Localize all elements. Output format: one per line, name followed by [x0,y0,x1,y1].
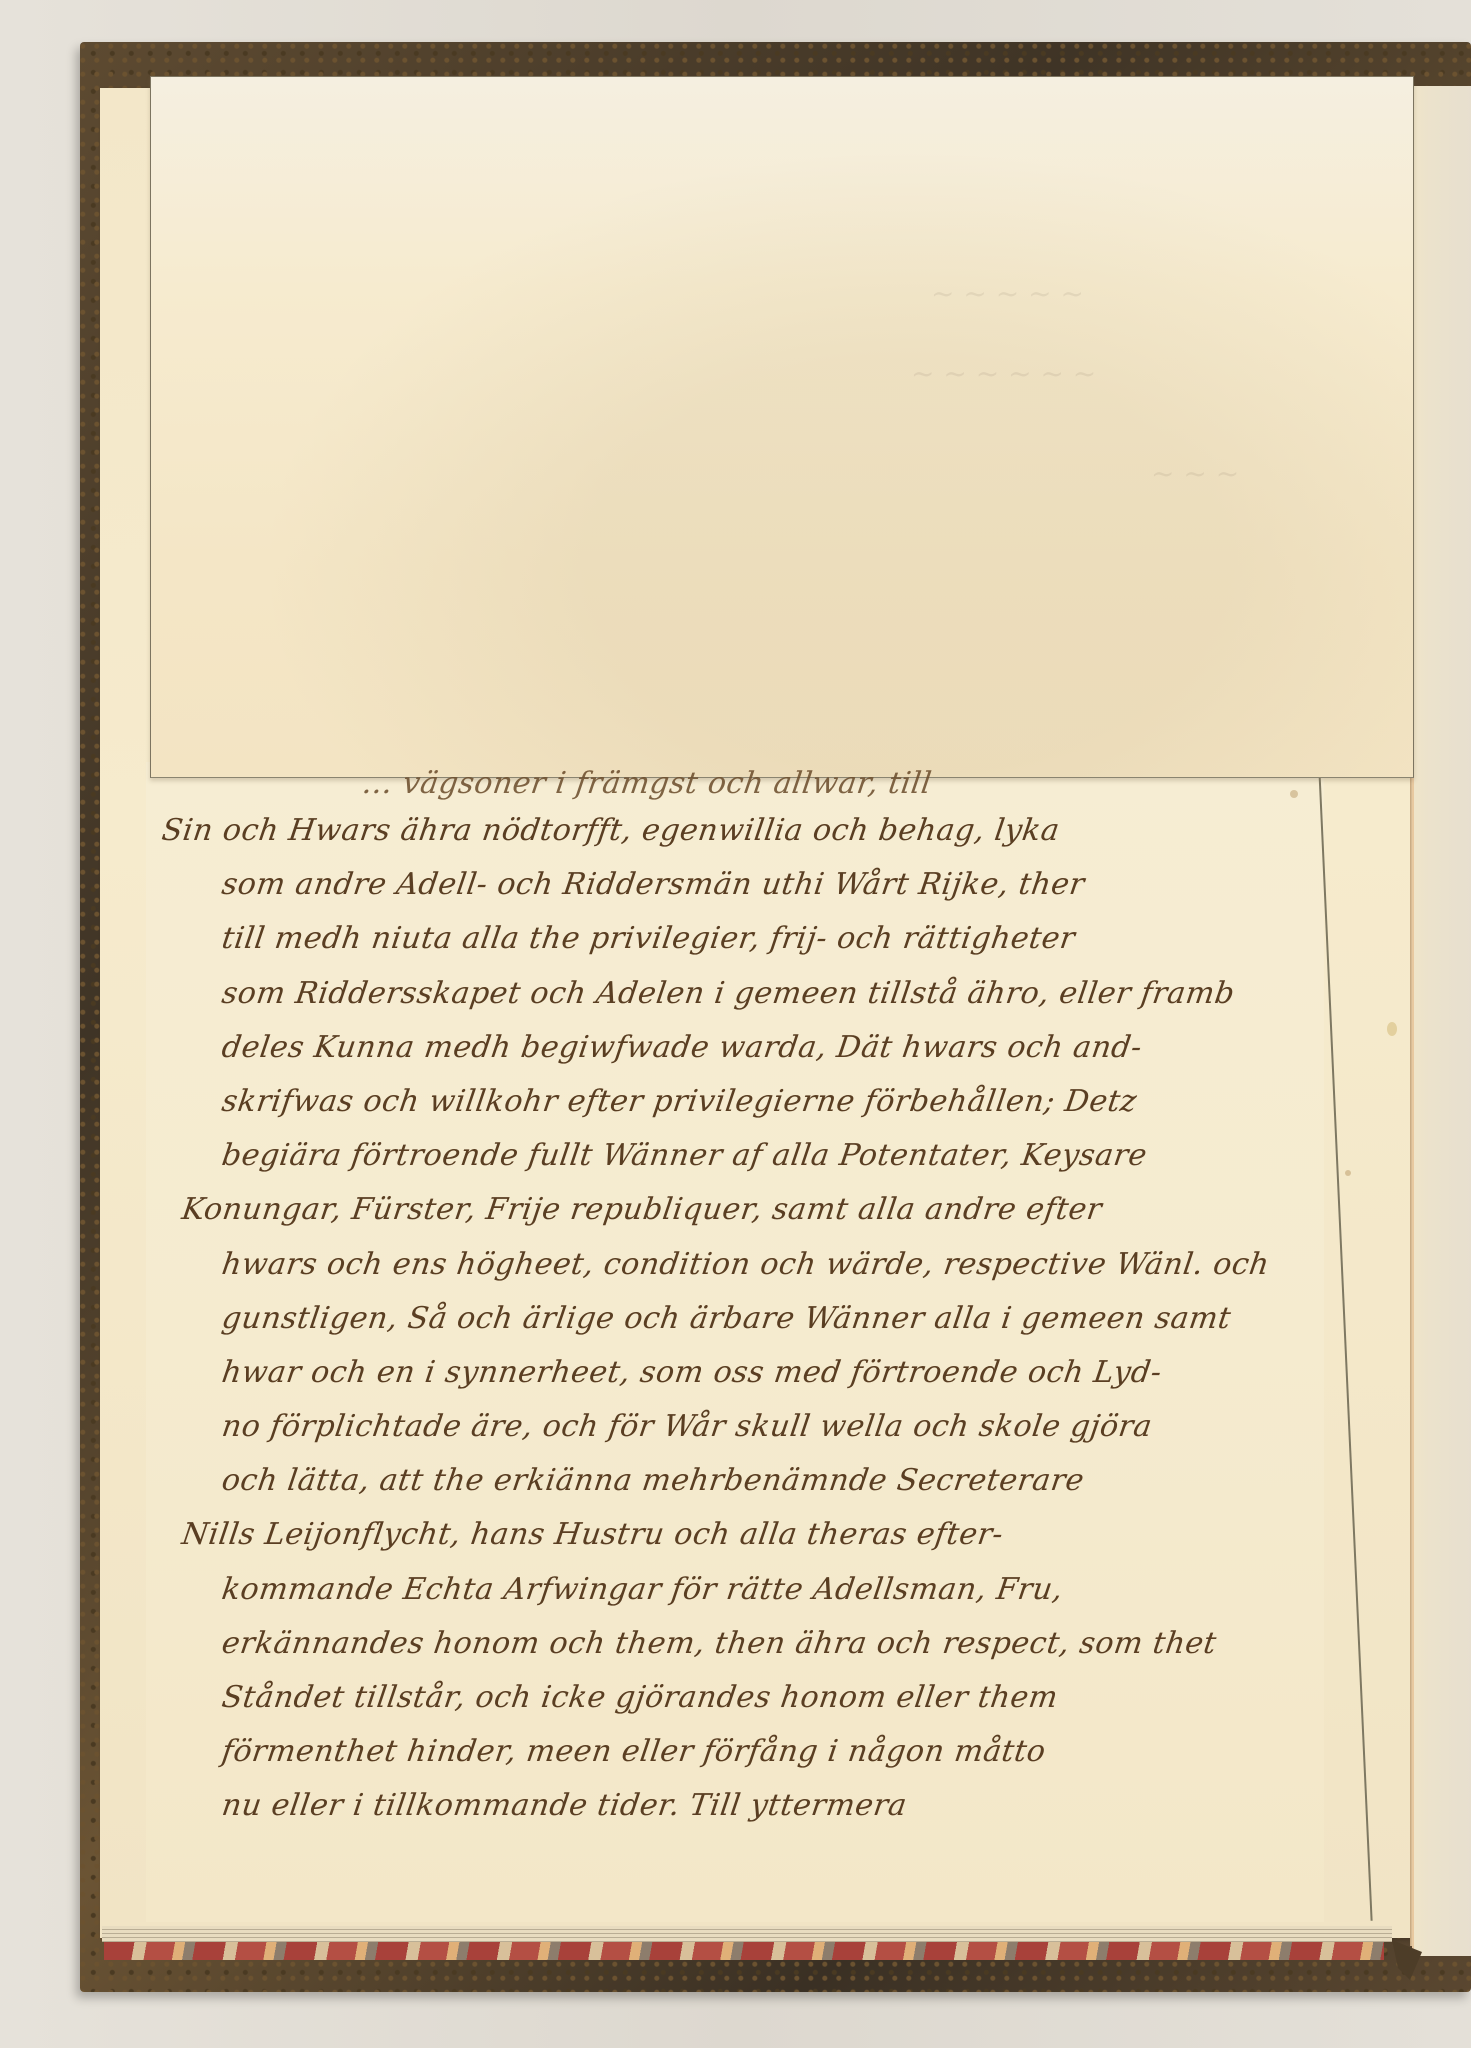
manuscript-line: nu eller i tillkommande tider. Till ytte… [218,1779,1306,1833]
bleed-through-text: ~ ~ ~ [1151,457,1239,490]
marbled-endpaper-bottom [104,1942,1384,1960]
manuscript-line: Sin och Hwars ähra nödtorfft, egenwillia… [158,804,1306,858]
manuscript-line: skrifwas och willkohr efter privilegiern… [218,1075,1306,1129]
manuscript-line: som Riddersskapet och Adelen i gemeen ti… [218,967,1306,1021]
manuscript-line: begiära förtroende fullt Wänner af alla … [218,1129,1306,1183]
manuscript-line: kommande Echta Arfwingar för rätte Adell… [218,1563,1306,1617]
manuscript-line: som andre Adell- och Riddersmän uthi Wår… [218,858,1306,912]
manuscript-line: hwars och ens högheet, condition och wär… [218,1238,1306,1292]
manuscript-line: Konungar, Fürster, Frije republiquer, sa… [178,1183,1306,1237]
manuscript-line: gunstligen, Så och ärlige och ärbare Wän… [218,1292,1306,1346]
manuscript-line: no förplichtade äre, och för Wår skull w… [218,1400,1306,1454]
partial-line: … vägsoner i främgst och allwar, till [360,770,1305,804]
manuscript-line: förmenthet hinder, meen eller förfång i … [218,1725,1306,1779]
manuscript-text: … vägsoner i främgst och allwar, till Si… [222,770,1302,1834]
manuscript-line: Nills Leijonflycht, hans Hustru och alla… [178,1508,1306,1562]
manuscript-line: deles Kunna medh begiwfwade warda, Dät h… [218,1021,1306,1075]
manuscript-line: erkännandes honom och them, then ähra oc… [218,1617,1306,1671]
bleed-through-text: ~ ~ ~ ~ ~ ~ [911,357,1096,390]
foxing-spot [1387,1022,1397,1036]
manuscript-line: Ståndet tillstår, och icke gjörandes hon… [218,1671,1306,1725]
page-edges [102,1926,1392,1942]
foxing-spot [1345,1170,1351,1176]
manuscript-line: och lätta, att the erkiänna mehrbenämnde… [218,1454,1306,1508]
bleed-through-text: ~ ~ ~ ~ ~ [931,277,1084,310]
manuscript-line: till medh niuta alla the privilegier, fr… [218,912,1306,966]
facing-page [1412,86,1471,1956]
manuscript-line: hwar och en i synnerheet, som oss med fö… [218,1346,1306,1400]
blank-overlay-sheet: ~ ~ ~ ~ ~ ~ ~ ~ ~ ~ ~ ~ ~ ~ [150,76,1414,778]
foxing-spot [1290,790,1298,798]
